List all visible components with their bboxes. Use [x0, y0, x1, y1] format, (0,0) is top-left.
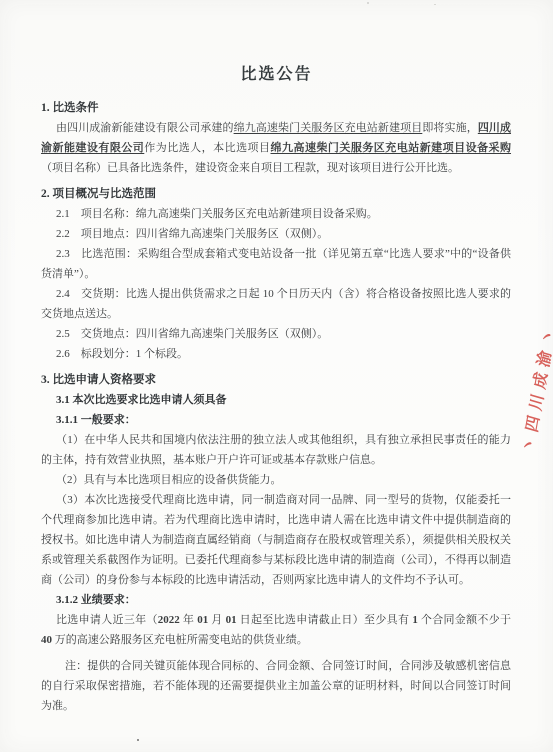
text-run: 2.6 标段划分：1 个标段。: [56, 348, 188, 360]
text-run: 3.1.1 一般要求：: [56, 414, 136, 426]
scanned-document-page: 比选公告 1. 比选条件由四川成渝新能建设有限公司承建的绵九高速柴门关服务区充电…: [0, 0, 553, 752]
heading-applicant-qualifications: 3. 比选申请人资格要求: [41, 370, 511, 390]
heading-project-overview: 2. 项目概况与比选范围: [41, 184, 511, 204]
text-run: 3.1 本次比选要求比选申请人须具备: [56, 394, 227, 406]
paragraph-general-requirement-3: （3）本次比选接受代理商比选申请，同一制造商对同一品牌、同一型号的货物，仅能委托…: [41, 490, 511, 590]
text-run: 3.1.2 业绩要求：: [56, 594, 136, 606]
item-2-4: 2.4 交货期：比选人提出供货需求之日起 10 个日历天内（含）将合格设备按照比…: [41, 284, 511, 324]
text-run: 注：提供的合同关键页能体现合同标的、合同金额、合同签订时间，合同涉及敏感机密信息…: [41, 660, 511, 712]
text-run: 比选申请人近三年（: [56, 614, 158, 626]
heading-3-1-2-performance: 3.1.2 业绩要求：: [41, 590, 511, 610]
text-run: 2.2 项目地点：四川省绵九高速柴门关服务区（双侧）。: [56, 228, 328, 240]
paragraph-general-requirement-1: （1）在中华人民共和国境内依法注册的独立法人或其他组织，具有独立承担民事责任的能…: [41, 430, 511, 470]
document-body: 1. 比选条件由四川成渝新能建设有限公司承建的绵九高速柴门关服务区充电站新建项目…: [41, 98, 511, 716]
text-run: 40: [41, 634, 52, 646]
text-run: （1）在中华人民共和国境内依法注册的独立法人或其他组织，具有独立承担民事责任的能…: [41, 434, 511, 466]
text-run: 个合同金额不少于: [418, 614, 511, 626]
text-run: 日起至比选申请截止日）至少具有: [237, 614, 413, 626]
document-title: 比选公告: [0, 64, 553, 86]
item-2-2: 2.2 项目地点：四川省绵九高速柴门关服务区（双侧）。: [41, 224, 511, 244]
text-run: 绵九高速柴门关服务区充电站新建项目设备采购: [271, 142, 512, 154]
item-2-1: 2.1 项目名称：绵九高速柴门关服务区充电站新建项目设备采购。: [41, 204, 511, 224]
text-run: 2.3 比选范围：采购组合型成套箱式变电站设备一批（详见第五章“比选人要求”中的…: [41, 248, 511, 280]
text-run: 由四川成渝新能建设有限公司承建的: [56, 122, 234, 134]
text-run: 01: [226, 614, 237, 626]
paragraph-bixuan-conditions: 由四川成渝新能建设有限公司承建的绵九高速柴门关服务区充电站新建项目即将实施，四川…: [41, 118, 511, 178]
text-run: 2.5 交货地点：四川省绵九高速柴门关服务区（双侧）。: [56, 328, 328, 340]
paragraph-note: 注：提供的合同关键页能体现合同标的、合同金额、合同签订时间，合同涉及敏感机密信息…: [41, 656, 511, 716]
seal-text: 丶四川成渝丶: [515, 320, 553, 456]
item-2-5: 2.5 交货地点：四川省绵九高速柴门关服务区（双侧）。: [41, 324, 511, 344]
item-2-6: 2.6 标段划分：1 个标段。: [41, 344, 511, 364]
heading-3-1: 3.1 本次比选要求比选申请人须具备: [41, 390, 511, 410]
text-run: 万的高速公路服务区充电桩所需变电站的供货业绩。: [52, 634, 308, 646]
text-run: （项目名称）已具备比选条件，建设资金来自项目工程款，现对该项目进行公开比选。: [41, 162, 459, 174]
text-run: 2022: [158, 614, 180, 626]
text-run: 3. 比选申请人资格要求: [41, 374, 156, 386]
text-run: 月: [208, 614, 225, 626]
scan-speck: [137, 739, 139, 741]
heading-3-1-1-general: 3.1.1 一般要求：: [41, 410, 511, 430]
heading-bixuan-conditions: 1. 比选条件: [41, 98, 511, 118]
text-run: 绵九高速柴门关服务区充电站新建项目: [234, 122, 423, 134]
scan-speck: [434, 4, 436, 5]
paragraph-general-requirement-2: （2）具有与本比选项目相应的设备供货能力。: [41, 470, 511, 490]
text-run: 年: [180, 614, 197, 626]
text-run: （2）具有与本比选项目相应的设备供货能力。: [56, 474, 282, 486]
scan-speck: [367, 2, 369, 4]
text-run: 01: [197, 614, 208, 626]
text-run: 2.1 项目名称：绵九高速柴门关服务区充电站新建项目设备采购。: [56, 208, 378, 220]
text-run: 2. 项目概况与比选范围: [41, 188, 156, 200]
item-2-3: 2.3 比选范围：采购组合型成套箱式变电站设备一批（详见第五章“比选人要求”中的…: [41, 244, 511, 284]
text-run: 即将实施，: [422, 122, 478, 134]
text-run: 2.4 交货期：比选人提出供货需求之日起 10 个日历天内（含）将合格设备按照比…: [41, 288, 511, 320]
text-run: 1. 比选条件: [41, 102, 99, 114]
paragraph-performance-requirement: 比选申请人近三年（2022 年 01 月 01 日起至比选申请截止日）至少具有 …: [41, 610, 511, 650]
text-run: 作为比选人，本比选项目: [144, 142, 270, 154]
text-run: （3）本次比选接受代理商比选申请，同一制造商对同一品牌、同一型号的货物，仅能委托…: [41, 494, 511, 586]
